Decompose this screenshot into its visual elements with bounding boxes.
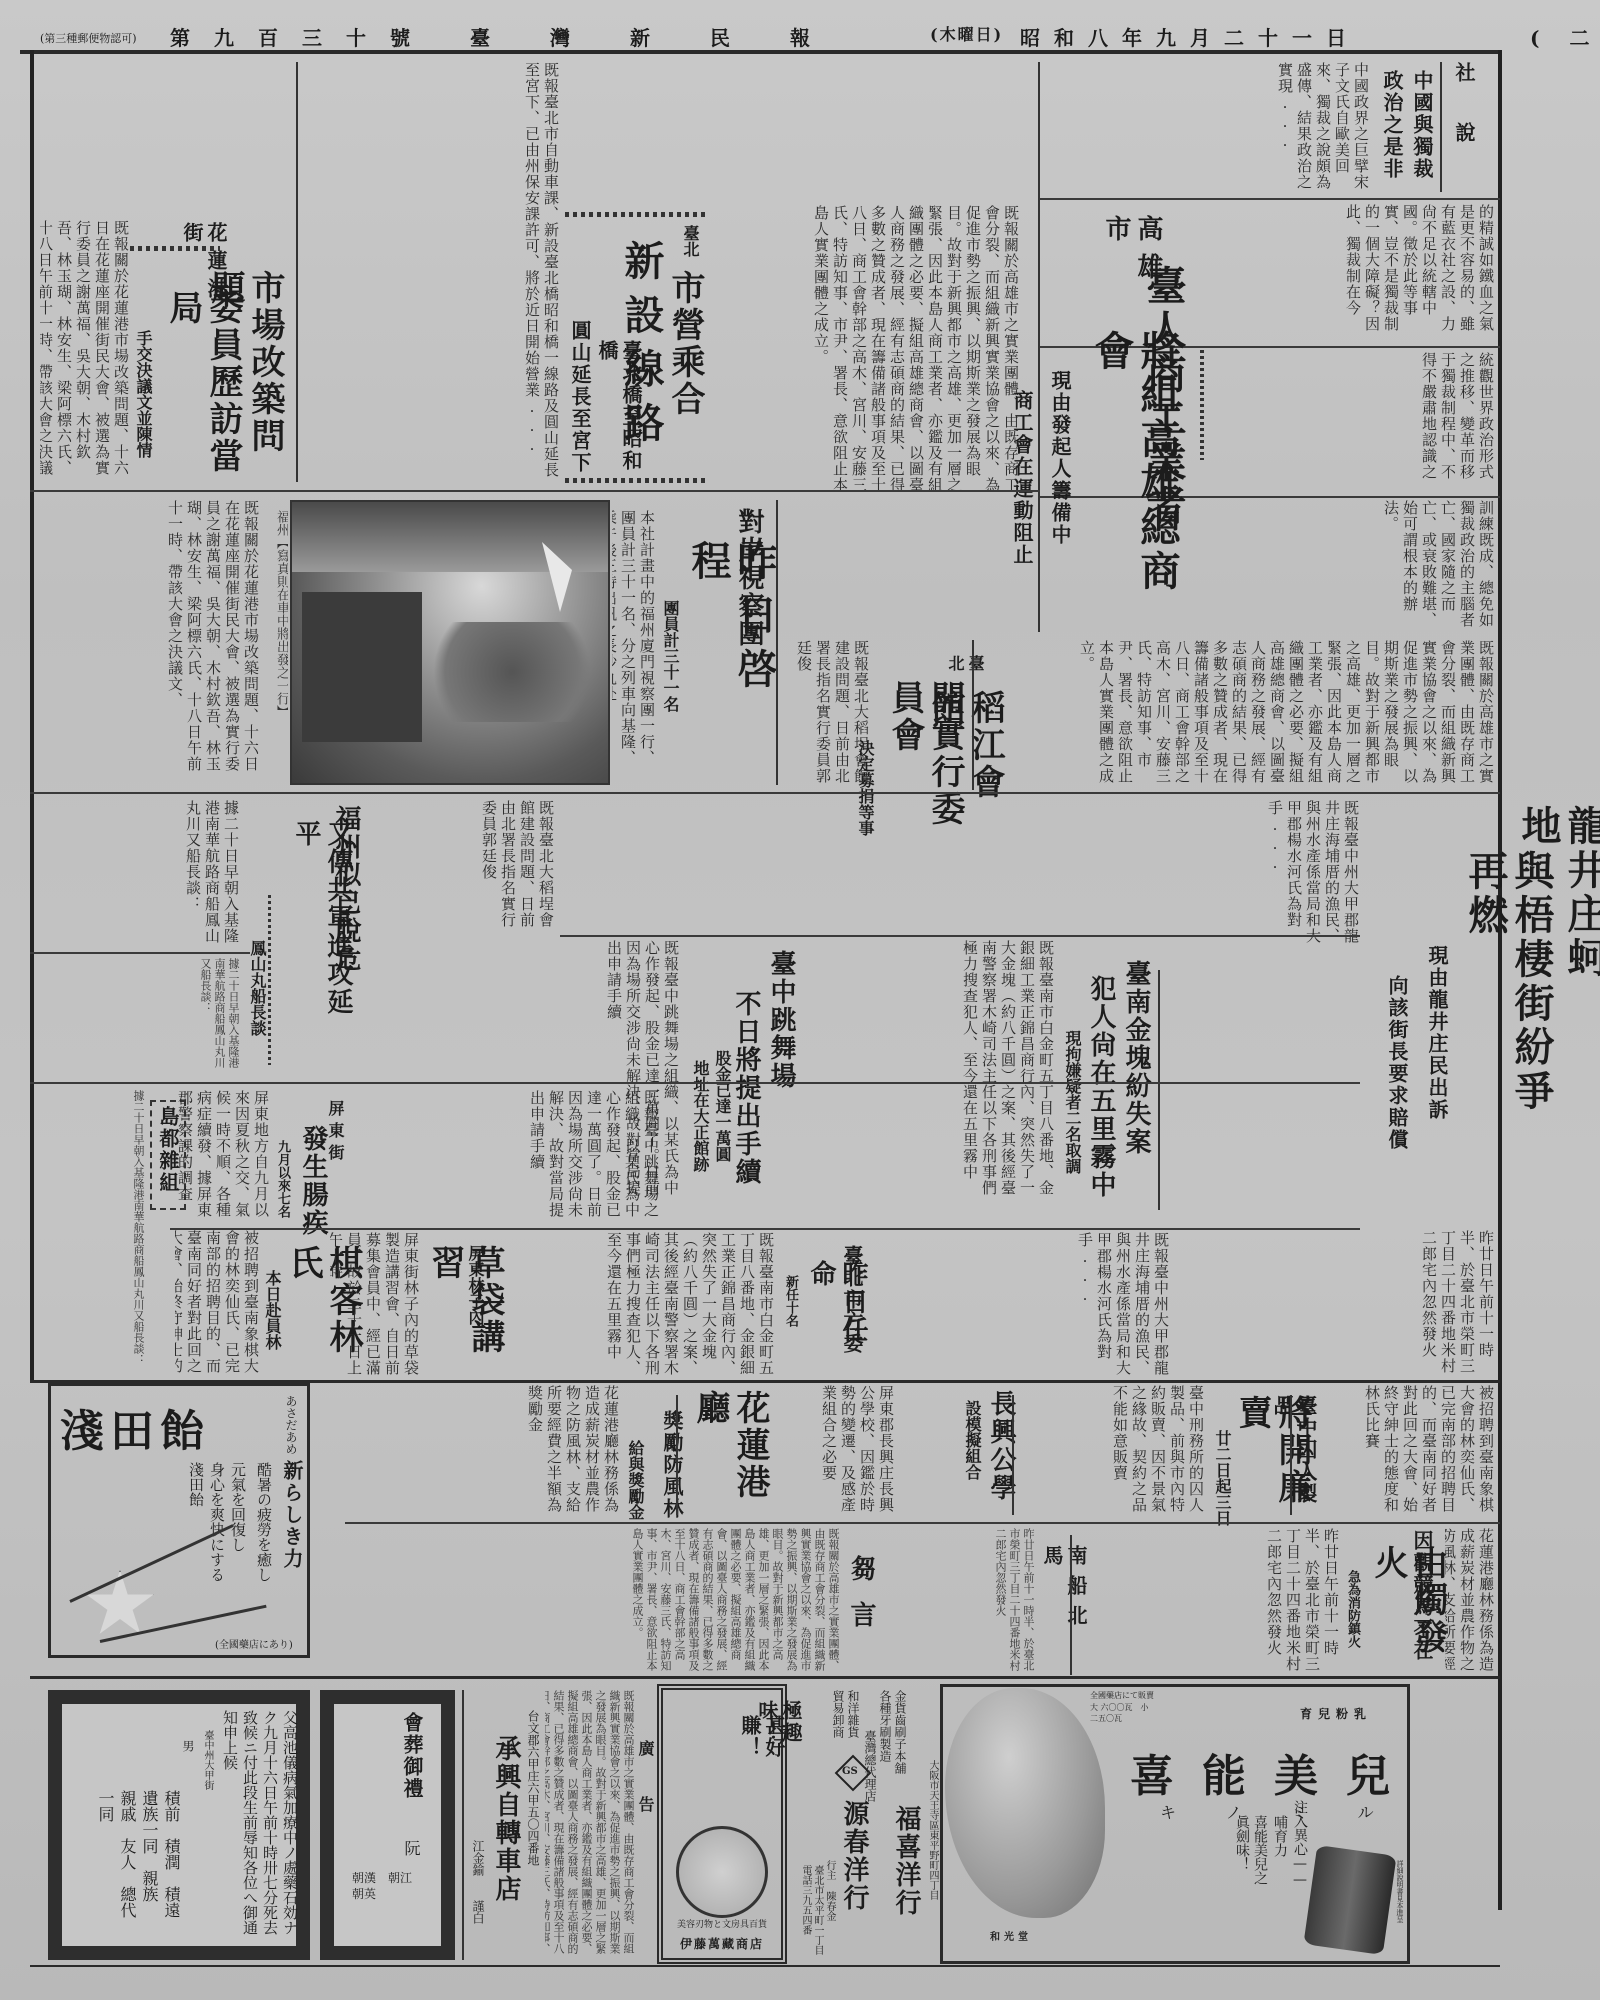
- editorial-rule-1: [1040, 198, 1500, 200]
- bus-kicker: 臺北: [680, 225, 700, 275]
- dance-headline-2: 不日將提出手續: [730, 990, 762, 1210]
- editorial-title-2: 政治之是非: [1380, 70, 1404, 200]
- crowd: [412, 622, 610, 722]
- asada-copy-3: 身心を爽快にする淺田飴: [188, 1462, 228, 1592]
- bicycle-address: 台文郡六甲庄六甲五〇四番地: [525, 1710, 542, 1900]
- dance-continued: 既報臺中跳舞場之組織、以某氏為中心作發起、股金已達一萬圓了。日前因為場所交涉尙未…: [380, 1090, 660, 1225]
- kinobi-brand: 喜能美兒: [1130, 1740, 1418, 1804]
- editorial-label: 社說: [1452, 62, 1476, 182]
- fukki-maker: 金貨齒刷子本舖: [892, 1690, 909, 1800]
- fuzhou-notes: 據二十日早朝入基隆港南華航路商船鳳山丸川又船長談：: [40, 958, 240, 1078]
- forest-note: 花蓮港廳林務係為造成薪炭材並農作物之防風林、支給所要經費之半額為獎勵金: [1445, 1528, 1495, 1678]
- col-rule-hualien: [296, 62, 298, 482]
- longjing-body: 既報臺中州大甲郡龍井庄海埔厝的漁民、與州水產係當局和大甲郡楊水河氏為對手...: [1060, 800, 1360, 950]
- bottom-rule: [30, 1965, 1500, 1967]
- fuzhou-headline-2: 又傳共軍進攻延平: [290, 820, 354, 1040]
- dance-subhead-2: 地址在大正館跡: [690, 1060, 710, 1180]
- row-rule-1: [30, 490, 1040, 492]
- photo-caption: 福州【寫真則在車中將出發之一行】: [262, 510, 288, 780]
- asada-brand: 淺田飴: [60, 1395, 210, 1459]
- dance-headline-1: 臺中跳舞場: [765, 950, 797, 1130]
- forest-headline-2: 獎勵防風林: [660, 1410, 684, 1530]
- fuzhou-rule: [30, 952, 250, 954]
- fuzhou-body: 據二十日早朝入基隆港南華航路商船鳳山丸川又船長談：: [40, 800, 240, 950]
- kinobi-stores: 全國藥店にて販賣: [1090, 1690, 1154, 1701]
- ito-headline-2: 甚好賺！: [738, 1715, 786, 1785]
- delegation-body: 本社計畫中的福州廈門視察團一行、團員計三十一名、分之列車向基隆、乘午後三時出帆之…: [612, 510, 656, 780]
- paper-name: 臺灣新民報: [470, 22, 870, 52]
- weekday: (木曜日): [930, 22, 1003, 52]
- kinobi-copy-4: 眞劍味！: [1232, 1815, 1252, 1905]
- ad-section-rule: [30, 1676, 1500, 1679]
- ships-body: 昨廿日午前十一時半、於臺北市榮町三丁目二十四番地米村二郎宅內忽然發火: [980, 1528, 1035, 1673]
- bus-subhead-2: 圓山延長至宮下: [568, 320, 592, 480]
- genshun-logo: GS: [842, 1766, 858, 1777]
- fire-subhead: 急為消防鎮火: [1342, 1570, 1362, 1670]
- bus-body: 既報臺北市自動車課、新設臺北橋昭和橋一線路及圓山延長至宮下、已由州保安課許可、將…: [300, 62, 560, 482]
- kinobi-note: 詳細說明書見本進呈: [1395, 1860, 1405, 1940]
- genshun-type-1: 和洋雜貨: [845, 1690, 862, 1750]
- appointment-subhead: 新任十名: [780, 1275, 800, 1375]
- hualien-wavy: [130, 246, 220, 251]
- ito-shop: 伊藤萬藏商店: [672, 1935, 772, 1952]
- dadaocheng-continued: 既報臺北大稻埕會館建設問題、日前由北署長指名實行委員郭廷俊: [360, 800, 555, 930]
- fire-body: 昨廿日午前十一時半、於臺北市榮町三丁目二十四番地米村二郎宅內忽然發火: [1130, 1528, 1340, 1678]
- longjing-continued: 既報臺中州大甲郡龍井庄海埔厝的漁民、與州水產係當局和大甲郡楊水河氏為對手...: [870, 1232, 1170, 1377]
- bus-subhead-1: 臺北橋至昭和橋: [595, 340, 643, 480]
- editorial-lead: 中國政界之巨擘宋子文氏自歐美回來、獨裁之說頗為盛傳、結果政治之實現...: [1040, 62, 1370, 202]
- masthead-rule: [20, 50, 1500, 54]
- issue-number: 第九百三十號: [170, 22, 434, 52]
- fuzhou-subhead: 鳳山丸船長談: [247, 940, 267, 1070]
- changxing-subhead: 設模擬組合: [962, 1400, 982, 1520]
- obituary-role: 男: [180, 1740, 197, 1752]
- row-rule-3: [560, 935, 1360, 937]
- editorial-title-1: 中國與獨裁: [1410, 70, 1434, 200]
- obituary-body: 父高池儀病氣加療中ノ處藥石効ナク九月十六日午前十時卅七分死去致候ニ付此段生前辱知…: [230, 1710, 300, 1940]
- funeral-thanks-ad: [320, 1690, 455, 1960]
- col-rule-forest: [676, 1395, 678, 1515]
- fukki-address: 大阪市天王寺區東平野町四丁目: [925, 1760, 940, 1960]
- delegation-subhead: 團員計三十一名: [660, 600, 680, 780]
- genshun-company: 源春洋行: [838, 1800, 870, 1960]
- wavy-rule-top: [565, 212, 705, 217]
- disease-headline: 發生腸疾: [297, 1125, 329, 1265]
- straw-headline: 草袋講習: [425, 1245, 505, 1375]
- genshun-phone: 電話三九五四番: [798, 1865, 813, 1965]
- hualien-subhead: 手交決議文並陳情: [133, 330, 153, 490]
- longjing-subhead-2: 向該街長要求賠償: [1385, 975, 1409, 1205]
- dadaocheng-headline-2: 開實行委員會: [885, 680, 965, 830]
- row-rule-2: [30, 792, 1500, 794]
- go-player-body: 被招聘到臺南象棋大會的林奕仙氏、已完南部的招聘目的、而臺南同好者對此回之大會、始…: [175, 1230, 260, 1375]
- classified-label: 廣告: [635, 1740, 655, 1860]
- dance-subhead-1: 股金已達一萬圓: [712, 1050, 732, 1170]
- islands-column-body: 據二十日早朝入基隆港南華航路商船鳳山丸川又船長談：: [30, 1090, 145, 1370]
- forest-body: 花蓮港廳林務係為造成薪炭材並農作物之防風林、支給所要經費之半額為獎勵金: [355, 1385, 620, 1525]
- column-mark: 芻言: [845, 1555, 877, 1675]
- right-column-continued: 昨廿日午前十一時半、於臺北市榮町三丁目二十四番地米村二郎宅內忽然發火: [1180, 1230, 1495, 1375]
- col-rule-dadaocheng: [972, 640, 974, 790]
- col-rule-kaohsiung: [1038, 62, 1040, 632]
- fukki-company: 福喜洋行: [890, 1805, 922, 1965]
- tainan-headline-2: 犯人尙在五里霧中: [1085, 975, 1117, 1205]
- obituary-location: 臺中州大甲街: [200, 1730, 215, 1790]
- milk-can-illustration: [1303, 1845, 1396, 1955]
- row-rule-4: [30, 1082, 1360, 1084]
- tainan-headline-1: 臺南金塊紛失案: [1120, 960, 1152, 1190]
- delegation-headline-2: 昨日啓程: [685, 540, 777, 750]
- bicycle-owner: 江金鍮: [470, 1840, 487, 1876]
- bus-headline-1: 市營乘合: [665, 270, 705, 450]
- ito-tagline: 美容刃物と文房具百貨: [672, 1917, 772, 1930]
- asada-tagline: 新らしき力: [280, 1460, 304, 1610]
- go-player-continued: 被招聘到臺南象棋大會的林奕仙氏、已完南部的招聘目的、而臺南同好者對此回之大會、始…: [1295, 1385, 1495, 1525]
- scissors-razor-illustration: [676, 1826, 768, 1918]
- fire-headline-2: 由燭發火: [1368, 1545, 1448, 1675]
- kinobi-maker: 和光堂: [990, 1928, 1032, 1943]
- genshun-type-2: 貿易卸商: [830, 1690, 847, 1750]
- longjing-subhead-1: 現由龍井庄民出訴: [1425, 945, 1449, 1175]
- asada-footer: (全國藥店にあり): [215, 1636, 293, 1651]
- funeral-family: 阮: [400, 1840, 423, 1856]
- wavy-rule-bottom: [565, 478, 705, 483]
- kinobi-category: 育兒粉乳: [1300, 1705, 1372, 1722]
- page-number: (二): [1530, 22, 1600, 52]
- obituary-signers: 積前 積潤 積遠 遺族一同 親族 親戚 友人 總代一同: [72, 1790, 182, 1930]
- row-rule-7: [345, 1522, 1500, 1524]
- funeral-thanks-title: 會葬御禮: [400, 1712, 424, 1822]
- fuzhou-wavy: [268, 895, 271, 1065]
- longjing-headline-2: 與梧棲街紛爭再燃: [1462, 850, 1554, 1150]
- asada-copy-1: 酷暑の疲勞を癒し: [254, 1462, 275, 1592]
- delegation-photo: [290, 500, 610, 785]
- bicycle-closing: 謹白: [470, 1900, 487, 1924]
- kinobi-sizes: 大 六〇〇瓦 小 二五〇瓦: [1090, 1702, 1150, 1724]
- left-column-body: 既報關於花蓮港市場改築問題、十六日在花蓮座開催街民大會、被選為實行委員之謝萬福、…: [40, 500, 260, 780]
- kaohsiung-body: 既報關於高雄市之實業團體、由既存商工會分裂、而組織新興實業協會之以來、為促進市勢…: [720, 205, 1020, 495]
- issue-date: 昭和八年九月二十一日: [1020, 22, 1360, 52]
- col-rule-delegation: [776, 500, 778, 785]
- kaohsiung-subhead-1: 現由發起人籌備中: [1048, 370, 1072, 610]
- kinobi-copy-3: 喜能美兒之: [1250, 1815, 1270, 1905]
- prison-body: 臺中刑務所的囚人製品、前與市內特約販賣、因不景氣之緣故、契約之品不能如意販賣: [1020, 1385, 1205, 1525]
- asada-furigana: あさだあめ: [283, 1395, 300, 1455]
- straw-body: 屏東街林子內的草袋製造講習會、自日前募集會員中、經已滿員、故於二十一日上午十時: [330, 1232, 420, 1377]
- train-car: [302, 592, 422, 742]
- wavy-divider: [1200, 350, 1204, 460]
- disease-body: 屏東地方自九月以來因夏秋之交、氣候一時不順、各種病症續發、據屏東郡警察課的調查: [175, 1090, 270, 1230]
- classified-body: 既報關於高雄市之實業團體、由既存商工會分裂、而組織新興實業協會之以來、為促進市勢…: [545, 1690, 635, 1960]
- prison-subhead: 廿二日起三日: [1212, 1430, 1232, 1530]
- editorial-label-rule: [1440, 62, 1442, 192]
- column-body: 既報關於高雄市之實業團體、由既存商工會分裂、而組織新興實業協會之以來、為促進市勢…: [360, 1528, 840, 1678]
- col-rule-tainan: [1158, 970, 1160, 1210]
- col-rule-changxing: [1012, 1395, 1014, 1515]
- forest-subhead: 給與獎勵金: [625, 1440, 645, 1540]
- disease-subhead: 九月以來七名: [272, 1140, 292, 1260]
- dadaocheng-subhead: 決定募捐等事: [855, 740, 875, 860]
- changxing-body: 屏東郡長興庄長興公學校、因鑑於時勢的變遷、及感產業組合之必要: [740, 1385, 895, 1525]
- appointment-body: 既報臺南市白金町五丁目八番地、金銀細工業正錦昌商行內、突然失了一大金塊（約八千圓…: [520, 1232, 775, 1377]
- col-rule-prison: [1290, 1395, 1292, 1515]
- hualien-body: 既報關於花蓮港市場改築問題、十六日在花蓮座開催街民大會、被選為實行委員之謝萬福、…: [40, 220, 130, 490]
- funeral-names: 朝漢 朝江 朝英: [352, 1870, 422, 1902]
- go-player-subhead: 本日赴員林: [262, 1270, 282, 1370]
- tainan-body: 既報臺南市白金町五丁目八番地、金銀細工業正錦昌商行內、突然失了一大金塊（約八千圓…: [800, 940, 1055, 1210]
- fukki-product: 各種牙刷製造: [877, 1690, 894, 1800]
- tainan-subhead: 現拘嫌疑者二名取調: [1062, 1030, 1082, 1230]
- appointment-headline: 昨日任命: [805, 1260, 869, 1370]
- kinobi-copy-1: 注入異心——: [1290, 1800, 1310, 1890]
- bicycle-shop-name: 承興自轉車店: [490, 1735, 522, 1955]
- postal-note: (第三種郵便物認可): [40, 30, 137, 60]
- newspaper-page: (二) 昭和八年九月二十一日 (木曜日) 臺灣新民報 第九百三十號 (第三種郵便…: [0, 0, 1600, 2000]
- kaohsiung-headline-2: 將組高雄總商會: [1088, 330, 1180, 630]
- bicycle-rule: [462, 1690, 464, 1960]
- ships-title: 南船北馬: [1040, 1545, 1088, 1645]
- kinobi-copy-2: 哺育力: [1270, 1815, 1290, 1885]
- kaohsiung-continued: 既報關於高雄市之實業團體、由既存商工會分裂、而組織新興實業協會之以來、為促進市勢…: [980, 640, 1495, 790]
- hualien-headline-2: 委員歷訪當局: [163, 290, 243, 490]
- col-rule-ships: [1070, 1535, 1072, 1675]
